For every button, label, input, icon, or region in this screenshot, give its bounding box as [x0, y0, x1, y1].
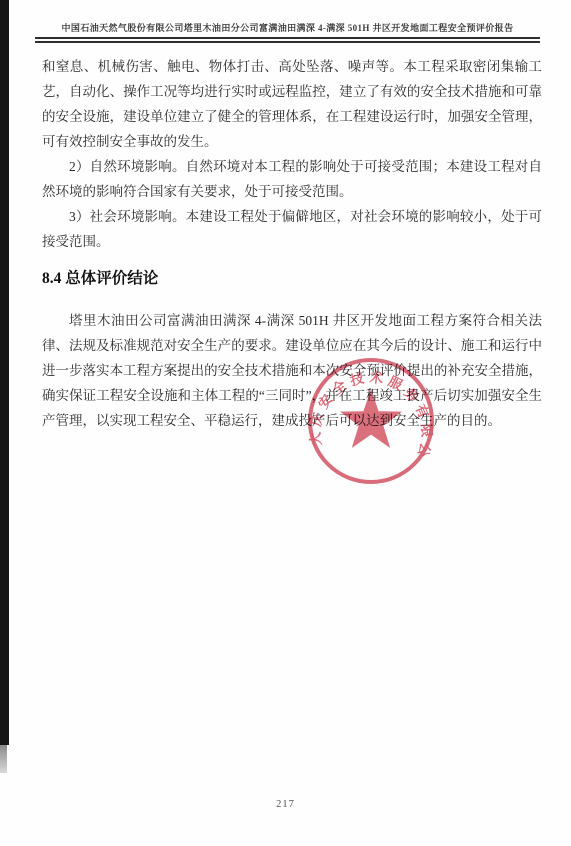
scan-edge-artifact-tail: [0, 745, 7, 773]
paragraph-social-environment: 3）社会环境影响。本建设工程处于偏僻地区，对社会环境的影响较小，处于可接受范围。: [42, 204, 542, 254]
header-double-rule: [35, 37, 540, 43]
page-header-title: 中国石油天然气股份有限公司塔里木油田分公司富满油田满深 4-满深 501H 井区…: [35, 21, 540, 34]
page-number: 217: [0, 799, 571, 810]
scan-edge-artifact: [0, 0, 9, 745]
paragraph-natural-environment: 2）自然环境影响。自然环境对本工程的影响处于可接受范围；本建设工程对自然环境的影…: [42, 154, 542, 204]
document-page: 中国石油天然气股份有限公司塔里木油田分公司富满油田满深 4-满深 501H 井区…: [0, 0, 571, 846]
section-heading-overall-conclusion: 8.4 总体评价结论: [42, 267, 542, 291]
document-body: 和窒息、机械伤害、触电、物体打击、高处坠落、噪声等。本工程采取密闭集输工艺，自动…: [42, 54, 542, 433]
paragraph-overall-conclusion: 塔里木油田公司富满油田满深 4-满深 501H 井区开发地面工程方案符合相关法律…: [42, 308, 542, 433]
paragraph-continuation: 和窒息、机械伤害、触电、物体打击、高处坠落、噪声等。本工程采取密闭集输工艺，自动…: [42, 54, 542, 154]
